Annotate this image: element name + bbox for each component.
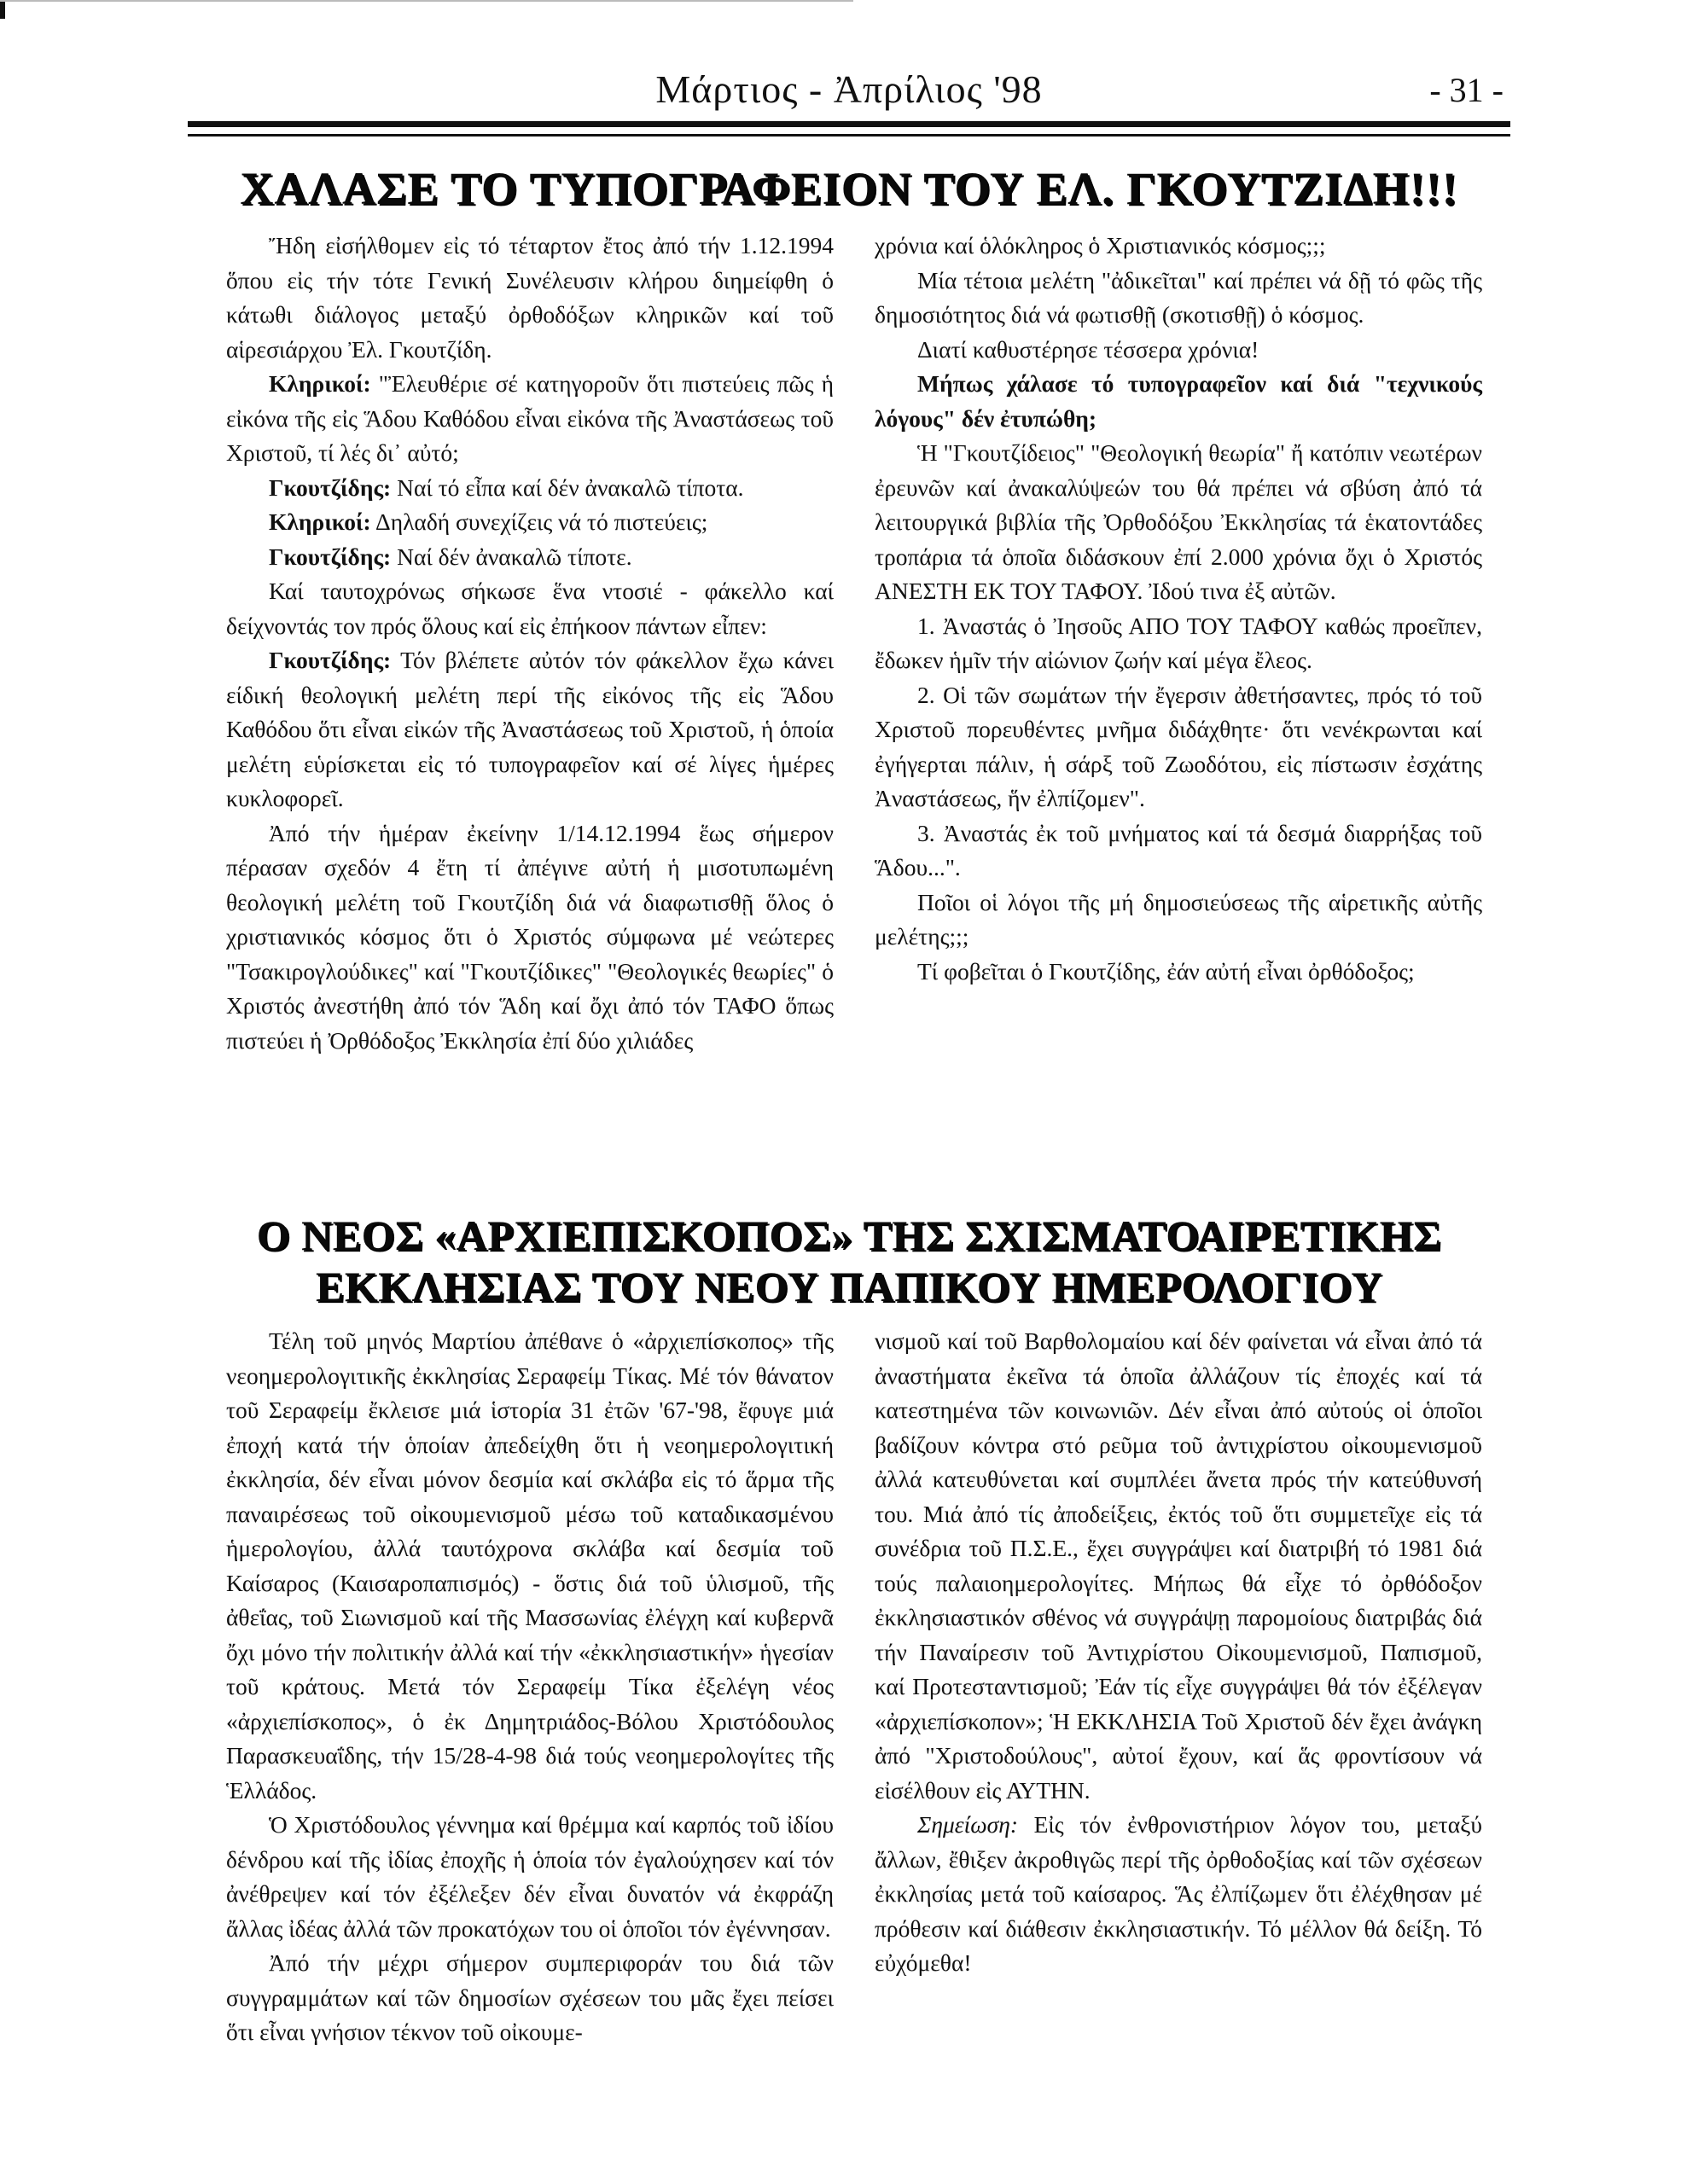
issue-date: Μάρτιος - Ἀπρίλιος '98 [188, 67, 1510, 112]
paragraph: Ἡ "Γκουτζίδειος" "Θεολογική θεωρία" ἤ κα… [875, 436, 1482, 609]
hymn-quote-2: 2. Οἱ τῶν σωμάτων τήν ἔγερσιν ἀθετήσαντε… [875, 678, 1482, 816]
paragraph: Ἀπό τήν ἡμέραν ἐκείνην 1/14.12.1994 ἕως … [226, 816, 834, 1059]
paragraph: Τί φοβεῖται ὁ Γκουτζίδης, ἐάν αὐτή εἶναι… [875, 955, 1482, 990]
dialogue-line: Γκουτζίδης: Τόν βλέπετε αὐτόν τόν φάκελλ… [226, 643, 834, 816]
article2-left-column: Τέλη τοῦ μηνός Μαρτίου ἀπέθανε ὁ «ἀρχιεπ… [226, 1324, 834, 2050]
header-rule-thin [188, 134, 1510, 136]
paragraph: Διατί καθυστέρησε τέσσερα χρόνια! [875, 333, 1482, 368]
paragraph-continued: χρόνια καί ὁλόκληρος ὁ Χριστιανικός κόσμ… [875, 229, 1482, 264]
dialogue-text: Ναί τό εἶπα καί δέν ἀνακαλῶ τίποτα. [391, 474, 743, 501]
speaker-label: Γκουτζίδης: [269, 647, 391, 673]
page-number: - 31 - [1429, 70, 1504, 110]
article2-headline-line2: ΕΚΚΛΗΣΙΑΣ ΤΟΥ ΝΕΟΥ ΠΑΠΙΚΟΥ ΗΜΕΡΟΛΟΓΙΟΥ [188, 1261, 1510, 1312]
paragraph: Ἀπό τήν μέχρι σήμερον συμπεριφοράν του δ… [226, 1946, 834, 2050]
scan-artifact-line [0, 0, 853, 2]
article1-right-column: χρόνια καί ὁλόκληρος ὁ Χριστιανικός κόσμ… [875, 229, 1482, 989]
paragraph: Καί ταυτοχρόνως σήκωσε ἕνα ντοσιέ - φάκε… [226, 574, 834, 643]
paragraph: Ποῖοι οἱ λόγοι τῆς μή δημοσιεύσεως τῆς α… [875, 886, 1482, 955]
running-head: Μάρτιος - Ἀπρίλιος '98 - 31 - [188, 67, 1510, 118]
paragraph: Ἤδη εἰσήλθομεν εἰς τό τέταρτον ἔτος ἀπό … [226, 229, 834, 367]
bold-question: Μήπως χάλασε τό τυπογραφεῖον καί διά "τε… [875, 367, 1482, 436]
dialogue-line: Κληρικοί: Δηλαδή συνεχίζεις νά τό πιστεύ… [226, 505, 834, 540]
hymn-quote-1: 1. Ἀναστάς ὁ Ἰησοῦς ΑΠΟ ΤΟΥ ΤΑΦΟΥ καθώς … [875, 609, 1482, 678]
note-label: Σημείωση: [917, 1811, 1018, 1838]
newspaper-page: Μάρτιος - Ἀπρίλιος '98 - 31 - ΧΑΛΑΣΕ ΤΟ … [0, 0, 1681, 2184]
dialogue-text: Δηλαδή συνεχίζεις νά τό πιστεύεις; [371, 508, 708, 535]
dialogue-line: Γκουτζίδης: Ναί δέν ἀνακαλῶ τίποτε. [226, 540, 834, 575]
speaker-label: Κληρικοί: [269, 508, 371, 535]
speaker-label: Κληρικοί: [269, 370, 371, 397]
dialogue-line: Κληρικοί: "Ἐλευθέριε σέ κατηγοροῦν ὅτι π… [226, 367, 834, 471]
hymn-quote-3: 3. Ἀναστάς ἐκ τοῦ μνήματος καί τά δεσμά … [875, 816, 1482, 886]
speaker-label: Γκουτζίδης: [269, 474, 391, 501]
paragraph-continued: νισμοῦ καί τοῦ Βαρθολομαίου καί δέν φαίν… [875, 1324, 1482, 1808]
dialogue-text: Ναί δέν ἀνακαλῶ τίποτε. [391, 543, 631, 570]
paragraph: Τέλη τοῦ μηνός Μαρτίου ἀπέθανε ὁ «ἀρχιεπ… [226, 1324, 834, 1808]
article2-headline: Ο ΝΕΟΣ «ΑΡΧΙΕΠΙΣΚΟΠΟΣ» ΤΗΣ ΣΧΙΣΜΑΤΟΑΙΡΕΤ… [188, 1210, 1510, 1312]
paragraph: Ὁ Χριστόδουλος γέννημα καί θρέμμα καί κα… [226, 1808, 834, 1946]
article2-headline-line1: Ο ΝΕΟΣ «ΑΡΧΙΕΠΙΣΚΟΠΟΣ» ΤΗΣ ΣΧΙΣΜΑΤΟΑΙΡΕΤ… [188, 1210, 1510, 1261]
scan-artifact-mark [0, 0, 5, 19]
paragraph: Μία τέτοια μελέτη "ἀδικεῖται" καί πρέπει… [875, 264, 1482, 333]
dialogue-line: Γκουτζίδης: Ναί τό εἶπα καί δέν ἀνακαλῶ … [226, 471, 834, 506]
speaker-label: Γκουτζίδης: [269, 543, 391, 570]
article1-headline: ΧΑΛΑΣΕ ΤΟ ΤΥΠΟΓΡΑΦΕΙΟΝ ΤΟΥ ΕΛ. ΓΚΟΥΤΖΙΔΗ… [188, 162, 1510, 215]
article1-left-column: Ἤδη εἰσήλθομεν εἰς τό τέταρτον ἔτος ἀπό … [226, 229, 834, 1058]
note-paragraph: Σημείωση: Εἰς τόν ἐνθρονιστήριον λόγον τ… [875, 1808, 1482, 1981]
header-rule-thick [188, 121, 1510, 127]
article2-right-column: νισμοῦ καί τοῦ Βαρθολομαίου καί δέν φαίν… [875, 1324, 1482, 1981]
